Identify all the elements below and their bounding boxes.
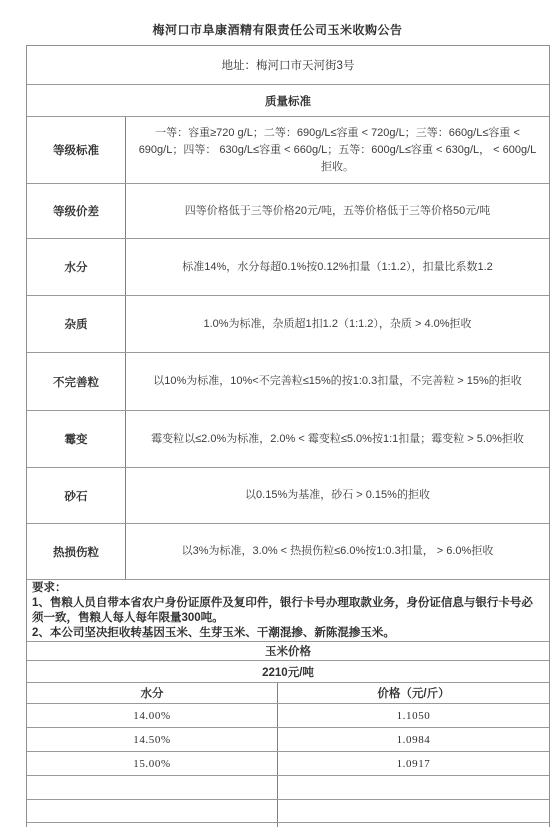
price-row: 14.50% 1.0984 <box>27 728 549 752</box>
moisture-cell <box>27 800 278 822</box>
moisture-cell <box>27 823 278 827</box>
row-label: 水分 <box>27 239 126 295</box>
quality-standard-header: 质量标准 <box>27 85 549 117</box>
quality-row-impurity: 杂质 1.0%为标准，杂质超1扣1.2（1:1.2），杂质 > 4.0%拒收 <box>27 296 549 353</box>
address-text: 地址：梅河口市天河街3号 <box>222 57 355 73</box>
quality-row-imperfect-kernels: 不完善粒 以10%为标准，10%<不完善粒≤15%的按1:0.3扣量，不完善粒 … <box>27 353 549 411</box>
moisture-column-header: 水分 <box>27 683 278 703</box>
corn-price-per-ton-value: 2210元/吨 <box>262 664 314 680</box>
quality-row-grade-standard: 等级标准 一等：容重≥720 g/L；二等：690g/L≤容重 < 720g/L… <box>27 117 549 184</box>
row-content: 霉变粒以≤2.0%为标准，2.0% < 霉变粒≤5.0%按1:1扣量；霉变粒 >… <box>126 411 549 467</box>
moisture-cell <box>27 776 278 799</box>
moisture-cell: 14.00% <box>27 704 278 727</box>
address-row: 地址：梅河口市天河街3号 <box>27 46 549 85</box>
row-content: 以3%为标准，3.0% < 热损伤粒≤6.0%按1:0.3扣量， > 6.0%拒… <box>126 524 549 579</box>
row-content: 一等：容重≥720 g/L；二等：690g/L≤容重 < 720g/L；三等：6… <box>126 117 549 183</box>
price-row: 14.00% 1.1050 <box>27 704 549 728</box>
corn-price-title: 玉米价格 <box>265 643 311 659</box>
price-cell: 1.0984 <box>278 728 549 751</box>
price-cell <box>278 776 549 799</box>
corn-price-header: 玉米价格 <box>27 642 549 661</box>
row-label: 热损伤粒 <box>27 524 126 579</box>
row-content: 1.0%为标准，杂质超1扣1.2（1:1.2），杂质 > 4.0%拒收 <box>126 296 549 352</box>
row-label: 等级价差 <box>27 184 126 238</box>
requirements-heading: 要求： <box>32 581 544 596</box>
row-label: 霉变 <box>27 411 126 467</box>
row-label: 砂石 <box>27 468 126 523</box>
row-label: 杂质 <box>27 296 126 352</box>
moisture-cell: 14.50% <box>27 728 278 751</box>
price-row-empty-clipped <box>27 823 549 827</box>
price-cell: 1.0917 <box>278 752 549 775</box>
row-label: 等级标准 <box>27 117 126 183</box>
moisture-cell: 15.00% <box>27 752 278 775</box>
price-cell: 1.1050 <box>278 704 549 727</box>
corn-price-per-ton: 2210元/吨 <box>27 661 549 683</box>
quality-row-heat-damaged: 热损伤粒 以3%为标准，3.0% < 热损伤粒≤6.0%按1:0.3扣量， > … <box>27 524 549 580</box>
quality-row-mildew: 霉变 霉变粒以≤2.0%为标准，2.0% < 霉变粒≤5.0%按1:1扣量；霉变… <box>27 411 549 468</box>
row-content: 以10%为标准，10%<不完善粒≤15%的按1:0.3扣量，不完善粒 > 15%… <box>126 353 549 410</box>
quality-row-grade-price-diff: 等级价差 四等价格低于三等价格20元/吨，五等价格低于三等价格50元/吨 <box>27 184 549 239</box>
price-column-header: 价格（元/斤） <box>278 683 549 703</box>
price-row: 15.00% 1.0917 <box>27 752 549 776</box>
quality-row-moisture: 水分 标准14%，水分每超0.1%按0.12%扣量（1:1.2），扣量比系数1.… <box>27 239 549 296</box>
price-cell <box>278 823 549 827</box>
requirement-item-1: 1、售粮人员自带本省农户身份证原件及复印件，银行卡号办理取款业务，身份证信息与银… <box>32 596 544 626</box>
row-content: 以0.15%为基准，砂石 > 0.15%的拒收 <box>126 468 549 523</box>
row-content: 四等价格低于三等价格20元/吨，五等价格低于三等价格50元/吨 <box>126 184 549 238</box>
quality-standard-title: 质量标准 <box>265 93 311 109</box>
requirements-block: 要求： 1、售粮人员自带本省农户身份证原件及复印件，银行卡号办理取款业务，身份证… <box>27 580 549 642</box>
price-row-empty <box>27 800 549 823</box>
requirement-item-2: 2、本公司坚决拒收转基因玉米、生芽玉米、干潮混掺、新陈混掺玉米。 <box>32 626 544 641</box>
corn-purchase-announcement: 梅河口市阜康酒精有限责任公司玉米收购公告 地址：梅河口市天河街3号 质量标准 等… <box>0 0 555 827</box>
price-row-empty <box>27 776 549 800</box>
quality-row-sand: 砂石 以0.15%为基准，砂石 > 0.15%的拒收 <box>27 468 549 524</box>
row-content: 标准14%，水分每超0.1%按0.12%扣量（1:1.2），扣量比系数1.2 <box>126 239 549 295</box>
row-label: 不完善粒 <box>27 353 126 410</box>
announcement-table: 地址：梅河口市天河街3号 质量标准 等级标准 一等：容重≥720 g/L；二等：… <box>26 45 550 827</box>
price-cell <box>278 800 549 822</box>
price-table-header: 水分 价格（元/斤） <box>27 683 549 704</box>
page-title: 梅河口市阜康酒精有限责任公司玉米收购公告 <box>0 0 555 45</box>
